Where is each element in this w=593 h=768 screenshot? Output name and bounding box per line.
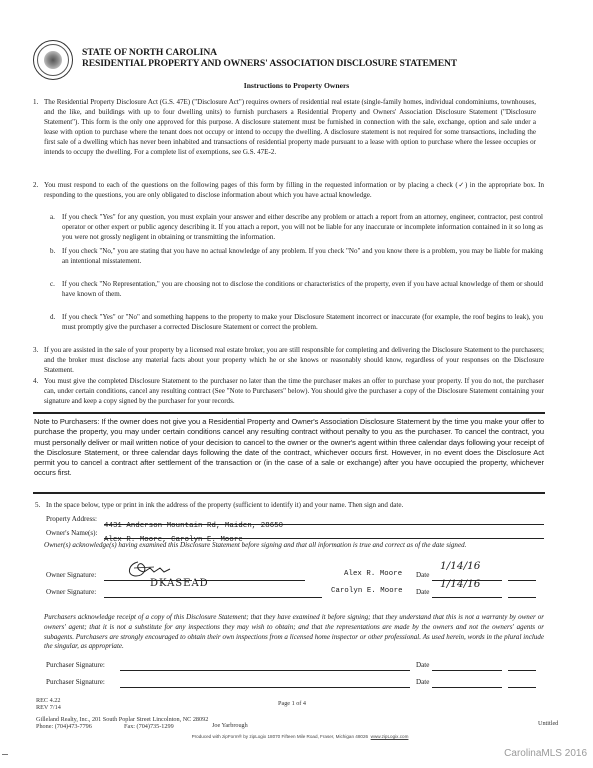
owner2-printed-name: Carolyn E. Moore — [331, 586, 403, 596]
item-number: 1. — [33, 98, 38, 108]
purchaser1-date-field[interactable] — [432, 660, 502, 671]
state-title: STATE OF NORTH CAROLINA — [82, 47, 217, 58]
form-title: RESIDENTIAL PROPERTY AND OWNERS' ASSOCIA… — [82, 58, 457, 69]
owner2-signature-value: DKASEAD — [150, 578, 209, 589]
ziplogix-link[interactable]: www.zipLogix.com — [371, 734, 409, 739]
item-number: 3. — [33, 346, 38, 356]
purchaser-signature-label: Purchaser Signature: — [46, 677, 105, 687]
owner1-date-value: 1/14/16 — [440, 560, 480, 572]
item-letter: c. — [50, 280, 55, 290]
company-fax: Fax: (704)735-1299 — [124, 723, 174, 730]
owner2-date-year-field — [508, 587, 536, 598]
purchaser-signature-label: Purchaser Signature: — [46, 660, 105, 670]
mls-watermark: CarolinaMLS 2016 — [504, 748, 587, 759]
item-letter: d. — [50, 313, 55, 323]
owner-signature-label: Owner Signature: — [46, 570, 96, 580]
item-letter: a. — [50, 213, 55, 223]
page-number: Page 1 of 4 — [278, 700, 306, 707]
form-rev-date: REV 7/14 — [36, 704, 61, 711]
purchaser1-date-label: Date — [416, 660, 429, 670]
instruction-item-2b: If you check "No," you are stating that … — [62, 247, 543, 267]
instruction-item-1: The Residential Property Disclosure Act … — [44, 98, 536, 157]
owners-names-label: Owner's Name(s): — [46, 529, 98, 537]
document-name: Untitled — [538, 720, 558, 727]
note-to-purchasers: Note to Purchasers: If the owner does no… — [34, 417, 544, 479]
instruction-item-2: You must respond to each of the question… — [44, 181, 544, 201]
purchaser1-date-year-field — [508, 660, 536, 671]
instruction-item-2d: If you check "Yes" or "No" and something… — [62, 313, 543, 333]
instructions-heading: Instructions to Property Owners — [0, 81, 593, 90]
purchaser2-date-field[interactable] — [432, 677, 502, 688]
page-edge-mark — [2, 754, 8, 755]
purchaser-signature-field-2[interactable] — [120, 677, 410, 688]
owners-names-row: Owner's Name(s): — [46, 528, 98, 538]
disclosure-document-page: STATE OF NORTH CAROLINA RESIDENTIAL PROP… — [0, 0, 593, 768]
produced-by-text: Produced with zipForm® by zipLogix 18070… — [192, 734, 369, 739]
owner1-printed-name: Alex R. Moore — [344, 569, 402, 579]
instruction-item-2a: If you check "Yes" for any question, you… — [62, 213, 543, 243]
instruction-item-2c: If you check "No Representation," you ar… — [62, 280, 543, 300]
item-number: 2. — [33, 181, 38, 191]
property-address-label: Property Address: — [46, 515, 97, 523]
owners-names-field[interactable]: Alex R. Moore, Carolyn E. Moore — [104, 528, 544, 539]
instruction-item-3: If you are assisted in the sale of your … — [44, 346, 544, 376]
item-number: 5. — [35, 501, 40, 511]
property-address-field[interactable]: 4431 Anderson Mountain Rd, Maiden, 28650 — [104, 514, 544, 525]
item-letter: b. — [50, 247, 55, 257]
note-top-rule — [33, 412, 545, 414]
produced-by-line: Produced with zipForm® by zipLogix 18070… — [150, 734, 450, 739]
instruction-item-5: In the space below, type or print in ink… — [46, 501, 546, 511]
owner1-date-year-field — [508, 570, 536, 581]
purchaser-acknowledgement: Purchasers acknowledge receipt of a copy… — [44, 613, 544, 652]
agent-name: Joe Yarbrough — [212, 722, 248, 729]
owner-signature-label: Owner Signature: — [46, 587, 96, 597]
company-phone: Phone: (704)473-7796 — [36, 723, 92, 730]
purchaser2-date-label: Date — [416, 677, 429, 687]
owner2-date-value: 1/14/16 — [440, 578, 480, 590]
note-bottom-rule — [33, 492, 545, 494]
property-address-row: Property Address: — [46, 514, 97, 524]
instruction-item-4: You must give the completed Disclosure S… — [44, 377, 544, 407]
item-number: 4. — [33, 377, 38, 387]
nc-state-seal-icon — [33, 40, 73, 80]
owner-signature-field-2[interactable] — [104, 587, 322, 598]
owner2-date-label: Date — [416, 587, 429, 597]
owner-signature-scribble — [124, 558, 184, 580]
owner-acknowledgement: Owner(s) acknowledge(s) having examined … — [44, 541, 544, 551]
purchaser-signature-field-1[interactable] — [120, 660, 410, 671]
owner1-date-label: Date — [416, 570, 429, 580]
owner-signature-line-ext — [195, 570, 305, 581]
purchaser2-date-year-field — [508, 677, 536, 688]
